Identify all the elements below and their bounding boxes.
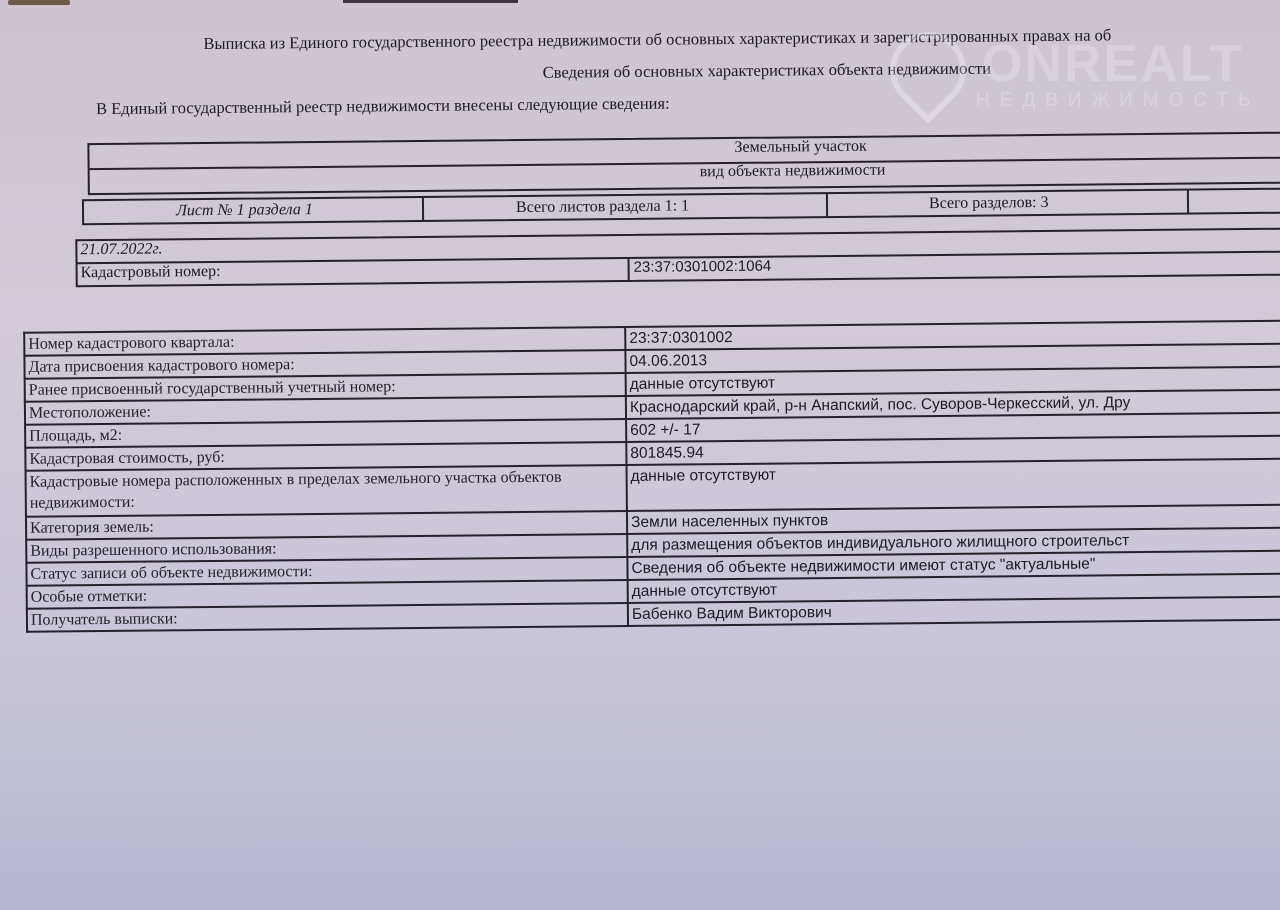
sheet-divider bbox=[422, 197, 424, 221]
sheet-number: Лист № 1 раздела 1 bbox=[176, 201, 313, 220]
row-label: Кадастровые номера расположенных в преде… bbox=[26, 465, 627, 517]
meta-column-divider bbox=[627, 257, 629, 281]
extract-date: 21.07.2022г. bbox=[80, 240, 162, 259]
header-divider bbox=[90, 156, 1280, 171]
characteristics-table: Номер кадастрового квартала:23:37:030100… bbox=[23, 318, 1280, 633]
object-type: Земельный участок bbox=[734, 138, 866, 157]
row-label: Получатель выписки: bbox=[27, 603, 628, 632]
sheet-divider bbox=[1187, 190, 1189, 214]
total-sheets: Всего листов раздела 1: 1 bbox=[516, 197, 689, 217]
cadastral-number-value: 23:37:0301002:1064 bbox=[634, 258, 772, 276]
object-type-caption: вид объекта недвижимости bbox=[700, 162, 886, 182]
total-sections: Всего разделов: 3 bbox=[929, 194, 1049, 213]
previous-section-line bbox=[343, 0, 518, 3]
sheet-divider bbox=[826, 193, 828, 217]
paper-shadow bbox=[0, 700, 1280, 910]
paper-edge-strip bbox=[8, 0, 70, 5]
row-value: данные отсутствуют bbox=[626, 457, 1280, 511]
cadastral-number-label: Кадастровый номер: bbox=[81, 263, 221, 282]
